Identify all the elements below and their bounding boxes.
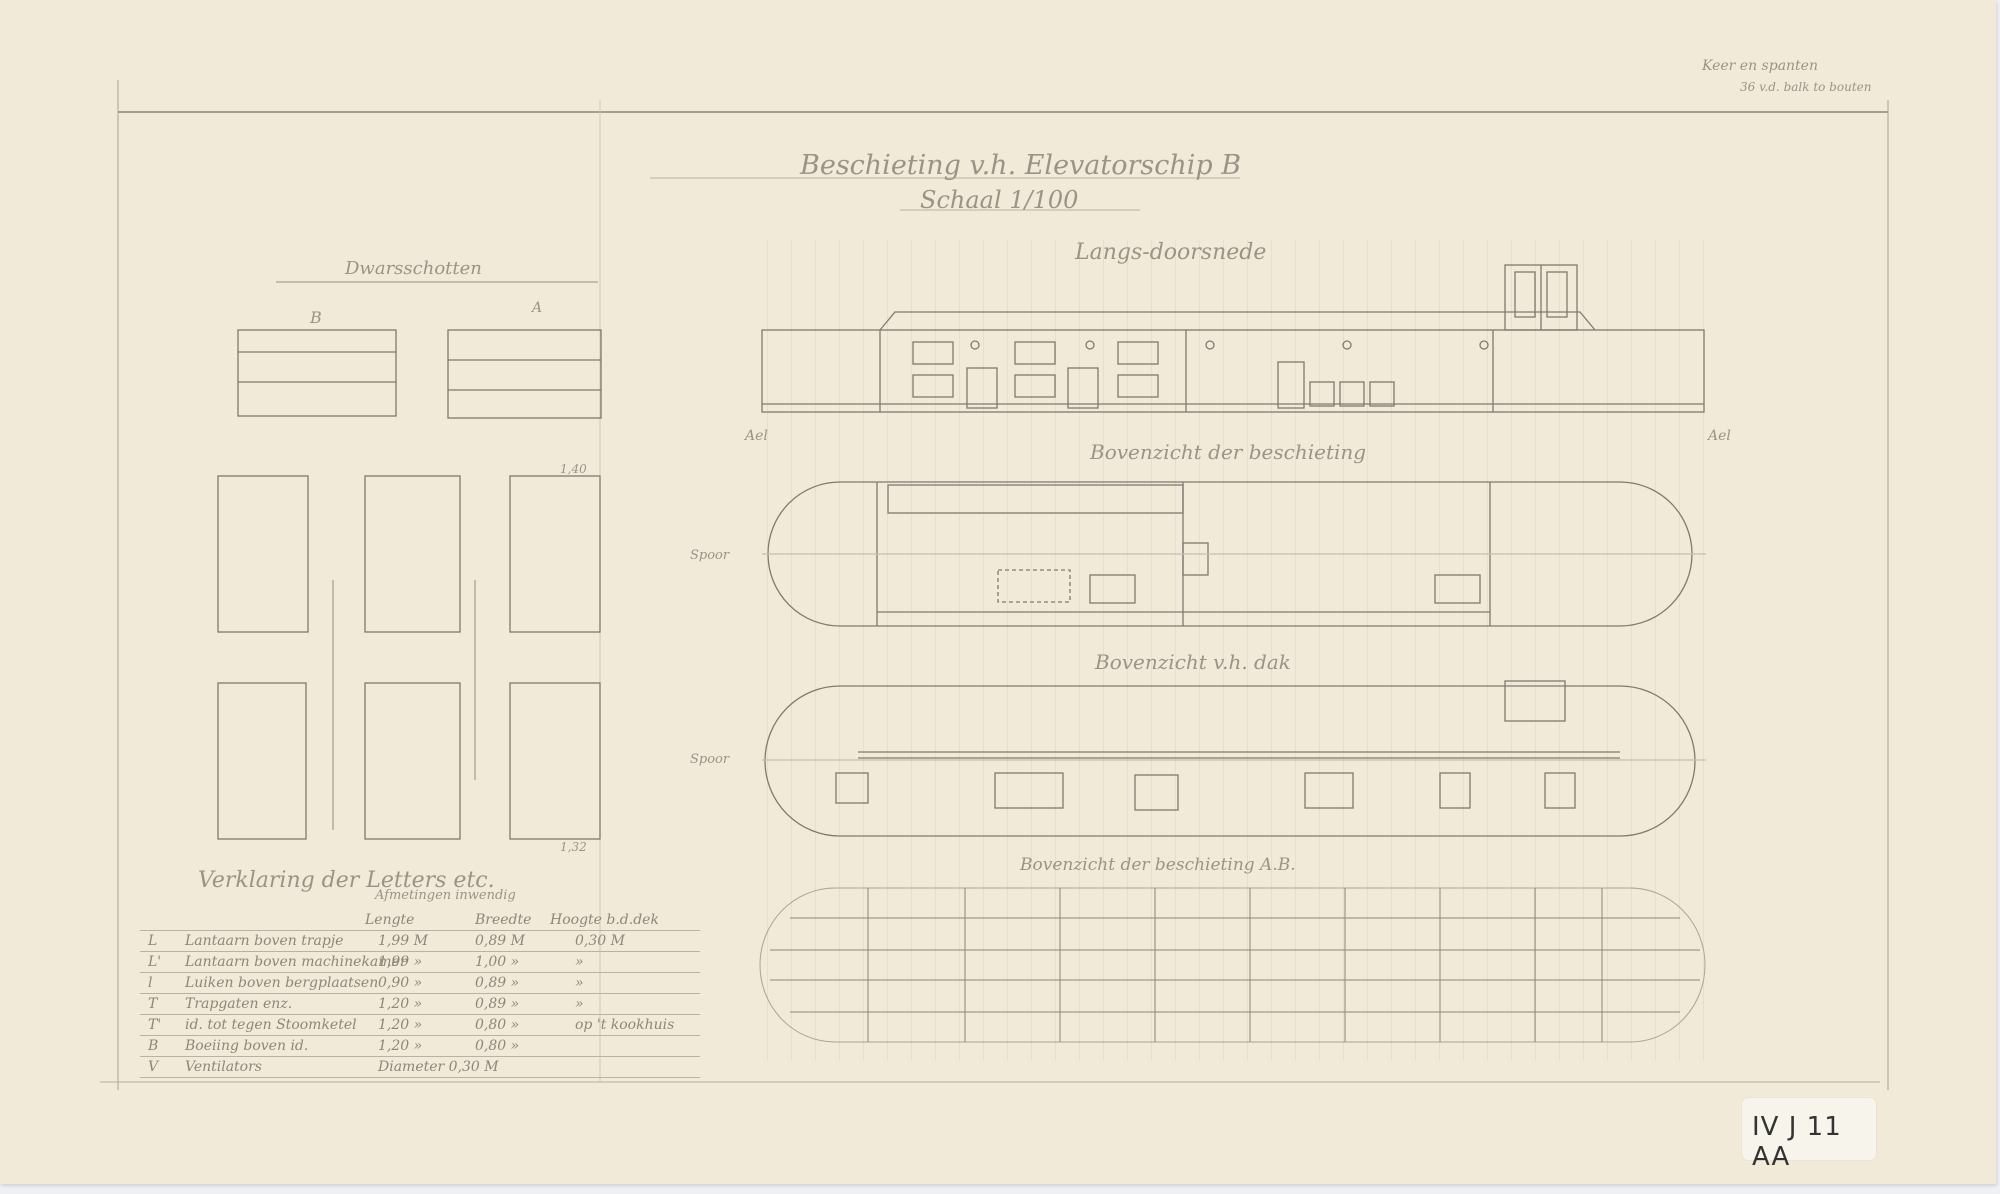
sections [218, 476, 600, 839]
longitudinal-right-end: Ael [1708, 428, 1731, 444]
archive-label: IV J 11 AA [1742, 1098, 1876, 1160]
deck-side-label: Spoor [690, 548, 729, 563]
legend-table: Verklaring der Letters etc. Afmetingen i… [140, 910, 700, 1078]
bulkheads-title: Dwarsschotten [345, 258, 482, 279]
bulkhead-a-label: A [532, 300, 542, 316]
longitudinal-title: Langs-doorsnede [1075, 240, 1266, 265]
legend-row: LLantaarn boven trapje1,99 M0,89 M0,30 M [140, 931, 700, 952]
drawing-sheet: Beschieting v.h. Elevatorschip B Schaal … [0, 0, 1996, 1184]
legend-group-header: Afmetingen inwendig [375, 888, 516, 903]
section-dim-top: 1,40 [560, 462, 587, 476]
bulkheads [238, 282, 601, 418]
legend-row: L'Lantaarn boven machinekamer1,99 »1,00 … [140, 952, 700, 973]
roof-plan-title: Bovenzicht v.h. dak [1095, 650, 1291, 674]
legend-row: T'id. tot tegen Stoomketel1,20 »0,80 »op… [140, 1015, 700, 1036]
top-right-note-1: Keer en spanten [1702, 58, 1818, 74]
legend-row: VVentilatorsDiameter 0,30 M [140, 1057, 700, 1078]
drawing-scale: Schaal 1/100 [920, 186, 1078, 214]
archive-label-text: IV J 11 AA [1752, 1112, 1876, 1172]
top-right-note-2: 36 v.d. balk to bouten [1740, 80, 1871, 94]
deck-plan-title: Bovenzicht der beschieting [1090, 440, 1366, 464]
roof-side-label: Spoor [690, 752, 729, 767]
plate-plan-title: Bovenzicht der beschieting A.B. [1020, 855, 1296, 875]
legend-header-row: Lengte Breedte Hoogte b.d.dek [140, 910, 700, 931]
legend-row: lLuiken boven bergplaatsen0,90 »0,89 »» [140, 973, 700, 994]
legend-row: TTrapgaten enz.1,20 »0,89 »» [140, 994, 700, 1015]
section-dim-bottom: 1,32 [560, 840, 587, 854]
longitudinal-left-end: Ael [745, 428, 768, 444]
bulkhead-b-label: B [310, 308, 322, 327]
legend-row: BBoeiing boven id.1,20 »0,80 » [140, 1036, 700, 1057]
drawing-title: Beschieting v.h. Elevatorschip B [800, 150, 1241, 181]
